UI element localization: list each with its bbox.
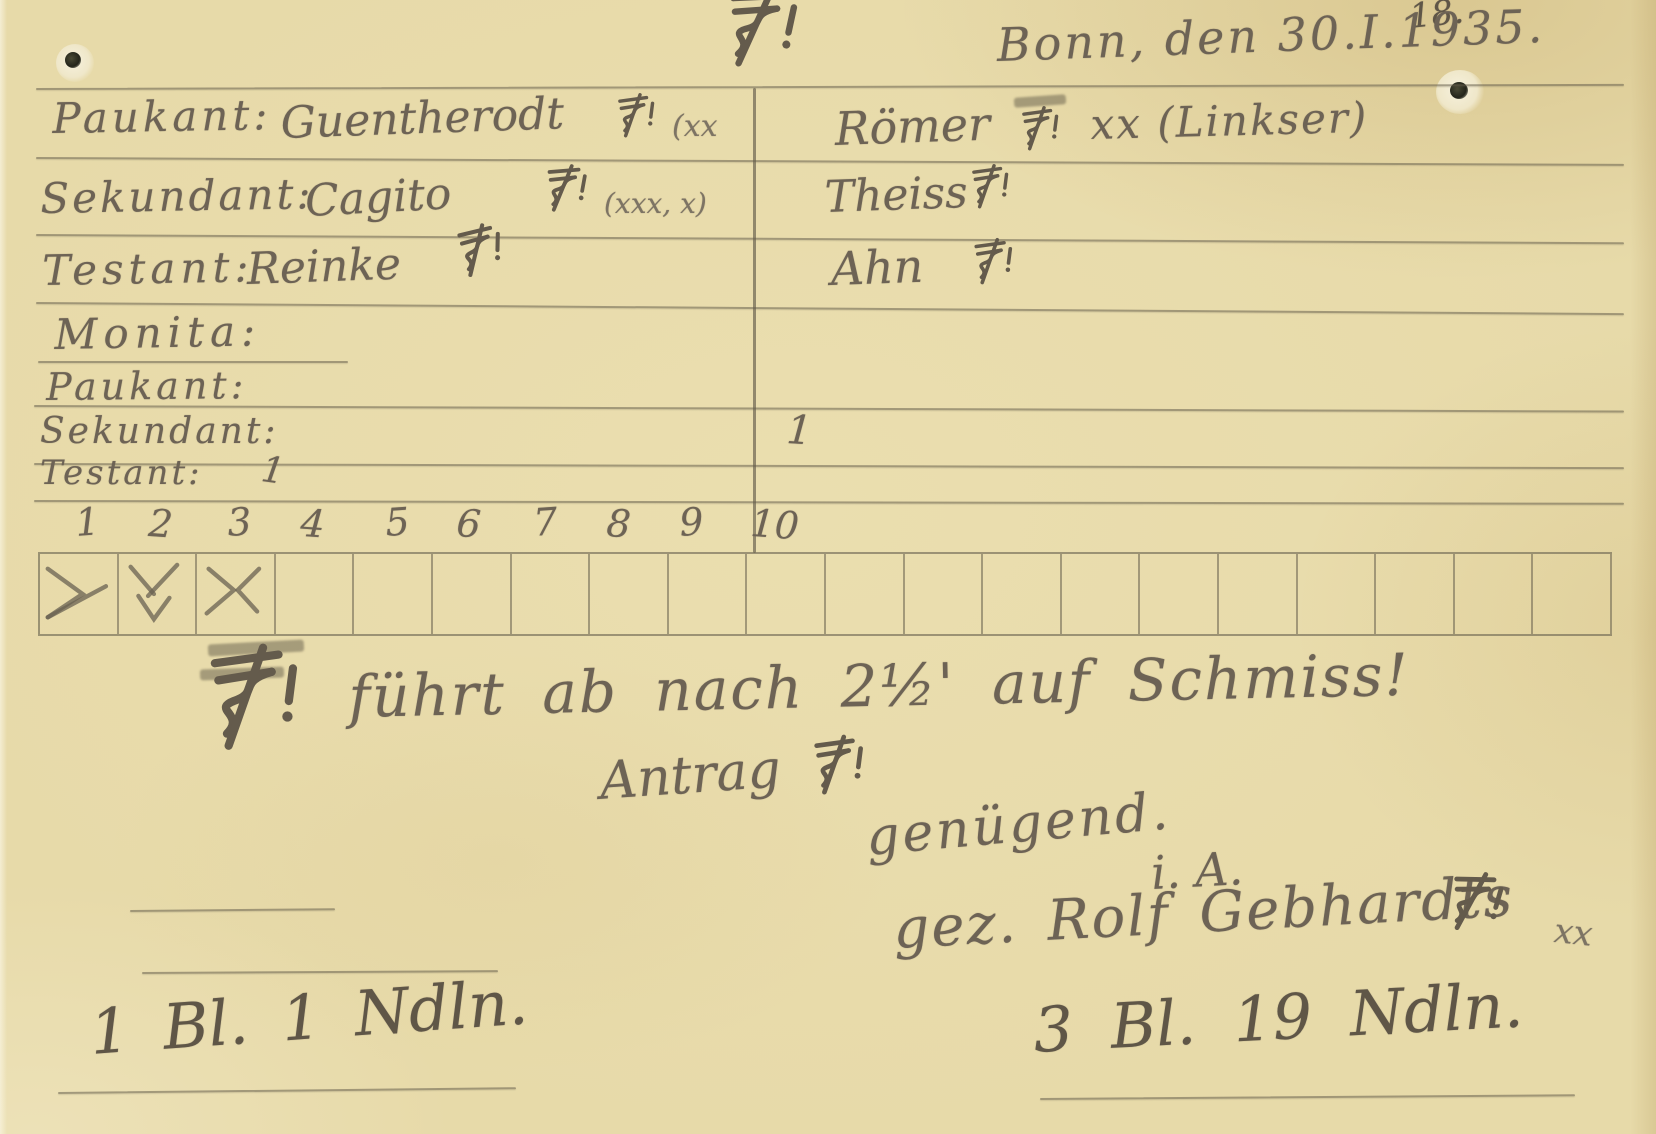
tally-cell [1062, 554, 1141, 634]
zirkel-icon [612, 92, 658, 142]
tally-cell [119, 554, 198, 634]
tally-cell [197, 554, 276, 634]
row-label: Sekundant: [40, 173, 314, 220]
row-label: Paukant: [46, 366, 248, 406]
sekundant-left-marks: (xxx, x) [604, 190, 707, 218]
tally-cell [1455, 554, 1534, 634]
tally-number: 1 [74, 502, 101, 542]
signature: gez. Rolf Gebhardts [892, 869, 1516, 957]
tally-strip [38, 552, 1612, 636]
zirkel-icon [966, 162, 1012, 214]
testant-left-value: 1 [259, 452, 287, 491]
paukant-left-marks: (xx [672, 112, 718, 142]
result-text: genügend. [864, 785, 1173, 863]
tally-mark-icon [40, 554, 117, 634]
tally-cell [905, 554, 984, 634]
footer-line-short [130, 908, 335, 912]
sekundant-right-name: Theiss [824, 171, 968, 220]
tally-mark-icon [119, 554, 196, 634]
footer-underline-left [58, 1087, 516, 1094]
tally-cell [590, 554, 669, 634]
tally-cell [1219, 554, 1298, 634]
zirkel-icon [712, 0, 806, 80]
tally-cell [433, 554, 512, 634]
tally-number: 8 [605, 504, 632, 544]
dateline: Bonn, den 30.I.1935. [996, 3, 1546, 68]
tally-number: 9 [678, 502, 705, 542]
paukant-right-name: Römer [834, 101, 991, 152]
testant-right-name: Ahn [830, 243, 924, 292]
zirkel-icon [1016, 104, 1062, 156]
row-label: Testant: [42, 246, 254, 292]
tally-cell [747, 554, 826, 634]
tally-number: 6 [455, 504, 482, 544]
verdict-line: führt ab nach 2½' auf Schmiss! [348, 646, 1410, 726]
rule-line [36, 84, 1624, 90]
footer-left-count: 1 Bl. 1 Ndln. [88, 971, 530, 1063]
tally-cell [40, 554, 119, 634]
rule-line-short [38, 361, 348, 363]
zirkel-icon [806, 732, 868, 802]
tally-cell [1298, 554, 1377, 634]
row-label: Paukant: [52, 94, 272, 140]
tally-cell [669, 554, 748, 634]
row-label: Testant: [40, 456, 203, 490]
tally-number: 4 [299, 504, 326, 544]
motion-label: Antrag [598, 743, 782, 808]
punch-hole-left [56, 44, 94, 82]
rule-line [34, 500, 1624, 505]
zirkel-icon [968, 236, 1016, 290]
tally-cell [1376, 554, 1455, 634]
zirkel-icon [1437, 863, 1511, 944]
tally-number: 5 [384, 502, 411, 542]
tally-number: 3 [226, 502, 253, 542]
footer-underline-right [1040, 1094, 1575, 1100]
zirkel-icon [449, 219, 509, 284]
tally-cell [1533, 554, 1612, 634]
rule-line [36, 302, 1624, 315]
punch-hole-right [1436, 70, 1484, 114]
tally-mark-icon [197, 554, 274, 634]
tally-cell [983, 554, 1062, 634]
rule-line [36, 157, 1624, 166]
footer-right-count: 3 Bl. 19 Ndln. [1032, 974, 1525, 1062]
tally-cell [1140, 554, 1219, 634]
tally-number: 7 [532, 502, 559, 542]
tally-cell [826, 554, 905, 634]
sekundant-right-value: 1 [785, 410, 813, 452]
zirkel-icon [196, 640, 306, 762]
scanned-protocol-card: 18. Bonn, den 30.I.1935. Paukant: Guenth… [0, 0, 1656, 1134]
testant-left-name: Reinke [246, 243, 402, 292]
row-label: Sekundant: [40, 414, 278, 450]
signature-marks: xx [1552, 914, 1594, 952]
tally-number: 2 [147, 504, 174, 544]
tally-cell [354, 554, 433, 634]
tally-number: 10 [749, 504, 800, 545]
column-divider [753, 88, 756, 553]
zirkel-icon [539, 161, 592, 220]
tally-cell [276, 554, 355, 634]
paukant-left-name: Guentherodt [280, 92, 565, 146]
row-label: Monita: [54, 310, 262, 356]
sekundant-left-name: Cagito [304, 172, 452, 224]
paukant-right-marks: xx (Linkser) [1090, 97, 1369, 146]
tally-cell [512, 554, 591, 634]
